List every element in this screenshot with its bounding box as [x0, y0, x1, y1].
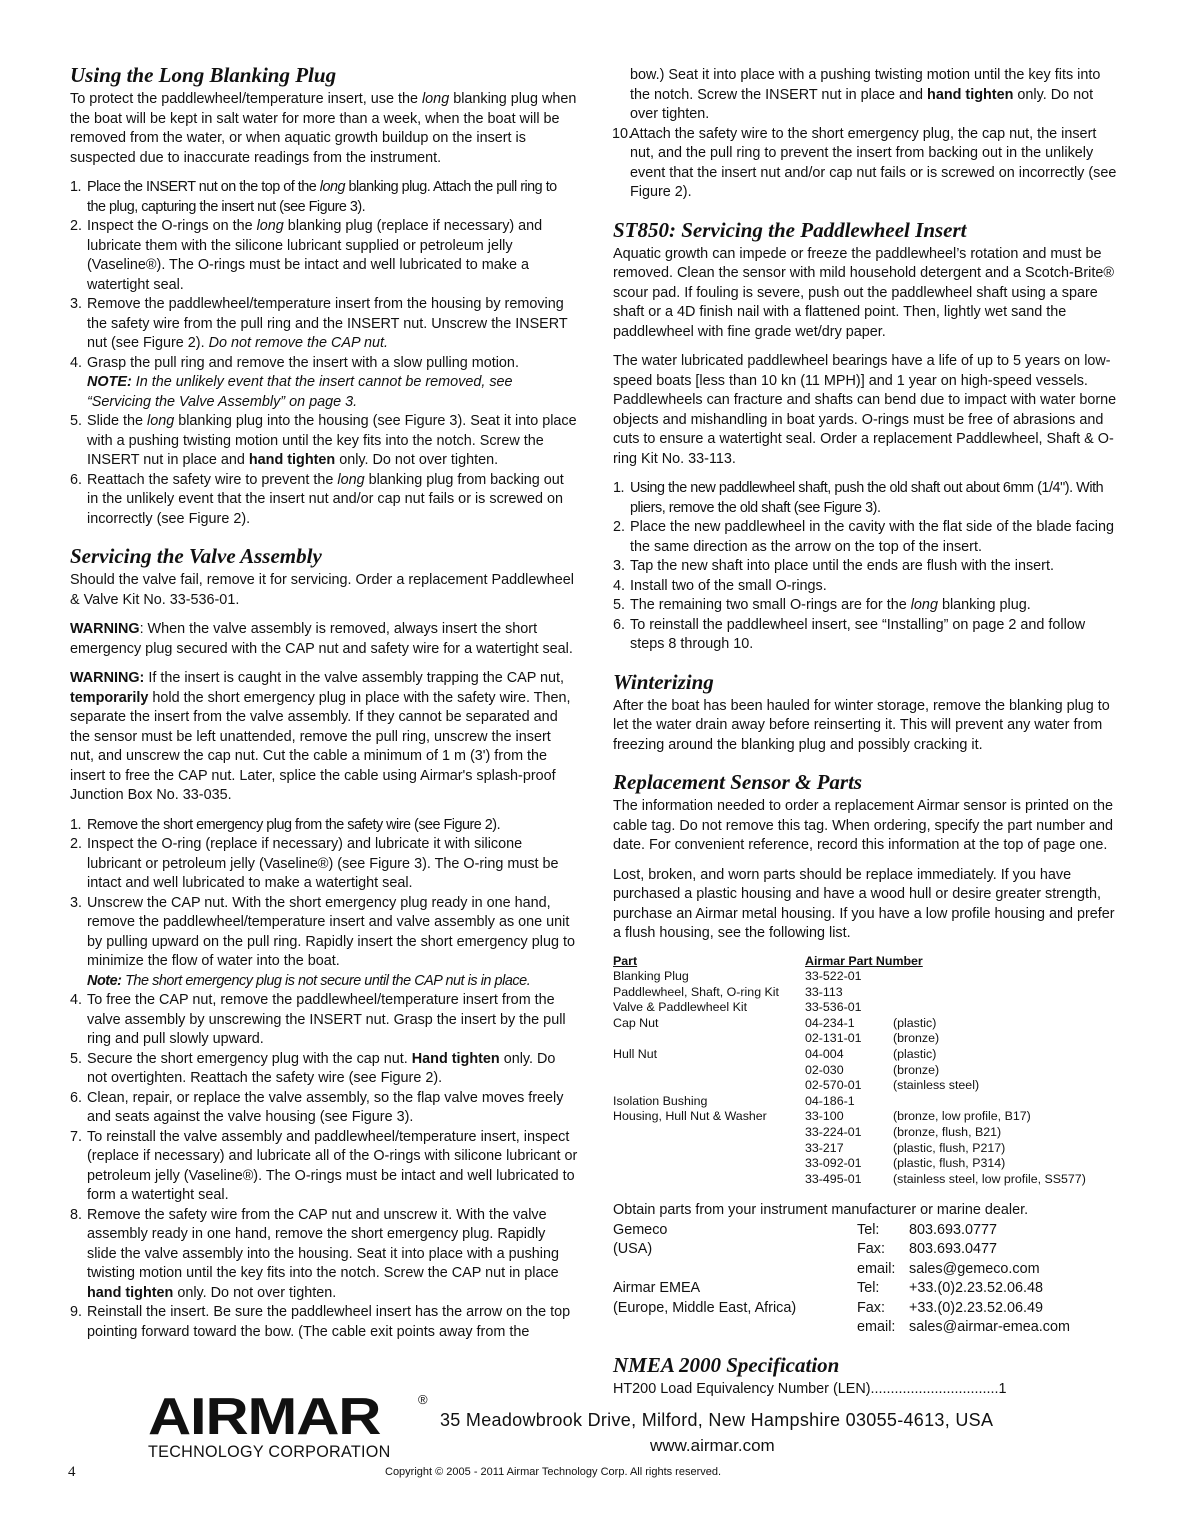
parts-table: Part Airmar Part Number Blanking Plug33-…	[613, 954, 1086, 1188]
part-variant-cell: (bronze, low profile, B17)	[893, 1109, 1086, 1125]
part-name-cell: Cap Nut	[613, 1016, 805, 1032]
section-title: NMEA 2000 Specification	[613, 1352, 1121, 1378]
contact-label: Fax:	[857, 1240, 909, 1260]
contact-row: Airmar EMEATel:+33.(0)2.23.52.06.48	[613, 1279, 1121, 1299]
list-item: 9.Reinstall the insert. Be sure the padd…	[70, 1303, 578, 1342]
part-variant-cell: (bronze)	[893, 1063, 1086, 1079]
paragraph: Lost, broken, and worn parts should be r…	[613, 866, 1121, 944]
table-row: Cap Nut04-234-1(plastic)	[613, 1016, 1086, 1032]
table-row: 02-131-01(bronze)	[613, 1031, 1086, 1047]
contact-value: 803.693.0777	[909, 1221, 997, 1241]
section-replacement-parts: Replacement Sensor & Parts The informati…	[613, 769, 1121, 1338]
steps-list: 1.Place the INSERT nut on the top of the…	[70, 178, 578, 529]
logo-subtitle: TECHNOLOGY CORPORATION	[148, 1442, 391, 1462]
contact-name: Gemeco	[613, 1221, 857, 1241]
part-variant-cell: (plastic)	[893, 1016, 1086, 1032]
contact-label: Tel:	[857, 1221, 909, 1241]
registered-mark: ®	[418, 1392, 428, 1407]
part-variant-cell: (bronze, flush, B21)	[893, 1125, 1086, 1141]
airmar-logo: AIRMAR ® TECHNOLOGY CORPORATION	[148, 1394, 403, 1462]
contact-label: email:	[857, 1318, 909, 1338]
company-address: 35 Meadowbrook Drive, Milford, New Hamps…	[440, 1410, 993, 1431]
part-name-cell: Housing, Hull Nut & Washer	[613, 1109, 805, 1125]
list-item: 1.Remove the short emergency plug from t…	[70, 816, 578, 836]
list-item: 5.Secure the short emergency plug with t…	[70, 1050, 578, 1089]
part-name-cell	[613, 1125, 805, 1141]
list-item: 5.Slide the long blanking plug into the …	[70, 412, 578, 471]
part-number-cell: 33-522-01	[805, 969, 893, 985]
list-item: 4.Grasp the pull ring and remove the ins…	[70, 354, 578, 413]
table-header-row: Part Airmar Part Number	[613, 954, 1086, 970]
list-item: 3.Tap the new shaft into place until the…	[613, 557, 1121, 577]
part-variant-cell: (plastic)	[893, 1047, 1086, 1063]
part-number-cell: 33-495-01	[805, 1172, 893, 1188]
dealer-contacts: Obtain parts from your instrument manufa…	[613, 1201, 1121, 1338]
steps-list: 1.Remove the short emergency plug from t…	[70, 816, 578, 1343]
copyright-notice: Copyright © 2005 - 2011 Airmar Technolog…	[385, 1466, 721, 1478]
warning-paragraph: WARNING: If the insert is caught in the …	[70, 669, 578, 806]
valve-steps-continued: bow.) Seat it into place with a pushing …	[613, 66, 1121, 203]
part-variant-cell: (stainless steel)	[893, 1078, 1086, 1094]
contact-value: +33.(0)2.23.52.06.48	[909, 1279, 1043, 1299]
list-item: 5.The remaining two small O-rings are fo…	[613, 596, 1121, 616]
contact-value: 803.693.0477	[909, 1240, 997, 1260]
part-variant-cell	[893, 969, 1086, 985]
left-column: Using the Long Blanking Plug To protect …	[70, 62, 578, 1356]
steps-list: 1.Using the new paddlewheel shaft, push …	[613, 479, 1121, 655]
obtain-note: Obtain parts from your instrument manufa…	[613, 1201, 1121, 1221]
paragraph: The water lubricated paddlewheel bearing…	[613, 352, 1121, 469]
part-name-cell	[613, 1172, 805, 1188]
section-st850-paddlewheel: ST850: Servicing the Paddlewheel Insert …	[613, 217, 1121, 655]
part-name-cell: Valve & Paddlewheel Kit	[613, 1000, 805, 1016]
list-item: 2.Place the new paddlewheel in the cavit…	[613, 518, 1121, 557]
part-number-cell: 33-224-01	[805, 1125, 893, 1141]
table-row: 33-217(plastic, flush, P217)	[613, 1141, 1086, 1157]
contact-name	[613, 1318, 857, 1338]
list-item: 6.To reinstall the paddlewheel insert, s…	[613, 616, 1121, 655]
contact-name: (Europe, Middle East, Africa)	[613, 1299, 857, 1319]
paragraph: Aquatic growth can impede or freeze the …	[613, 245, 1121, 343]
list-item: bow.) Seat it into place with a pushing …	[613, 66, 1121, 125]
contact-row: GemecoTel:803.693.0777	[613, 1221, 1121, 1241]
part-number-cell: 02-131-01	[805, 1031, 893, 1047]
contact-value[interactable]: sales@airmar-emea.com	[909, 1318, 1070, 1338]
table-row: Valve & Paddlewheel Kit33-536-01	[613, 1000, 1086, 1016]
list-item: 1.Using the new paddlewheel shaft, push …	[613, 479, 1121, 518]
part-variant-cell: (stainless steel, low profile, SS577)	[893, 1172, 1086, 1188]
list-item: 8.Remove the safety wire from the CAP nu…	[70, 1206, 578, 1304]
part-number-cell: 33-113	[805, 985, 893, 1001]
paragraph: The information needed to order a replac…	[613, 797, 1121, 856]
section-title: Replacement Sensor & Parts	[613, 769, 1121, 795]
table-row: Isolation Bushing04-186-1	[613, 1094, 1086, 1110]
part-number-cell: 33-100	[805, 1109, 893, 1125]
list-item: 4.Install two of the small O-rings.	[613, 577, 1121, 597]
table-row: Housing, Hull Nut & Washer33-100(bronze,…	[613, 1109, 1086, 1125]
page-number: 4	[68, 1464, 76, 1481]
section-valve-assembly: Servicing the Valve Assembly Should the …	[70, 543, 578, 1342]
part-name-cell: Paddlewheel, Shaft, O-ring Kit	[613, 985, 805, 1001]
list-item: 10.Attach the safety wire to the short e…	[613, 125, 1121, 203]
part-name-cell	[613, 1031, 805, 1047]
column-header-part: Part	[613, 954, 805, 970]
part-name-cell: Isolation Bushing	[613, 1094, 805, 1110]
part-variant-cell	[893, 1000, 1086, 1016]
contact-row: email:sales@gemeco.com	[613, 1260, 1121, 1280]
table-row: 33-495-01(stainless steel, low profile, …	[613, 1172, 1086, 1188]
part-number-cell: 02-570-01	[805, 1078, 893, 1094]
contact-label: email:	[857, 1260, 909, 1280]
contact-name: (USA)	[613, 1240, 857, 1260]
section-title: Using the Long Blanking Plug	[70, 62, 578, 88]
contact-name	[613, 1260, 857, 1280]
part-name-cell: Hull Nut	[613, 1047, 805, 1063]
list-item: 4.To free the CAP nut, remove the paddle…	[70, 991, 578, 1050]
part-number-cell: 33-217	[805, 1141, 893, 1157]
contact-label: Fax:	[857, 1299, 909, 1319]
section-title: Servicing the Valve Assembly	[70, 543, 578, 569]
intro-paragraph: Should the valve fail, remove it for ser…	[70, 571, 578, 610]
section-winterizing: Winterizing After the boat has been haul…	[613, 669, 1121, 756]
part-name-cell: Blanking Plug	[613, 969, 805, 985]
list-item: 3.Remove the paddlewheel/temperature ins…	[70, 295, 578, 354]
contact-row: email:sales@airmar-emea.com	[613, 1318, 1121, 1338]
section-title: Winterizing	[613, 669, 1121, 695]
steps-list: bow.) Seat it into place with a pushing …	[613, 66, 1121, 203]
section-nmea-2000: NMEA 2000 Specification HT200 Load Equiv…	[613, 1352, 1121, 1400]
list-item: 2.Inspect the O-ring (replace if necessa…	[70, 835, 578, 894]
intro-paragraph: To protect the paddlewheel/temperature i…	[70, 90, 578, 168]
list-item: 6.Clean, repair, or replace the valve as…	[70, 1089, 578, 1128]
part-number-cell: 04-186-1	[805, 1094, 893, 1110]
logo-wordmark: AIRMAR	[148, 1394, 380, 1440]
part-number-cell: 02-030	[805, 1063, 893, 1079]
part-name-cell	[613, 1156, 805, 1172]
part-number-cell: 04-004	[805, 1047, 893, 1063]
table-row: Hull Nut04-004(plastic)	[613, 1047, 1086, 1063]
warning-paragraph: WARNING: When the valve assembly is remo…	[70, 620, 578, 659]
len-spec-line: HT200 Load Equivalency Number (LEN).....…	[613, 1380, 1121, 1400]
section-title: ST850: Servicing the Paddlewheel Insert	[613, 217, 1121, 243]
paragraph: After the boat has been hauled for winte…	[613, 697, 1121, 756]
table-row: Blanking Plug33-522-01	[613, 969, 1086, 985]
list-item: 7.To reinstall the valve assembly and pa…	[70, 1128, 578, 1206]
part-variant-cell	[893, 985, 1086, 1001]
column-header-part-number: Airmar Part Number	[805, 954, 1086, 970]
table-row: 02-570-01(stainless steel)	[613, 1078, 1086, 1094]
contact-name: Airmar EMEA	[613, 1279, 857, 1299]
list-item: 3.Unscrew the CAP nut. With the short em…	[70, 894, 578, 992]
part-name-cell	[613, 1078, 805, 1094]
list-item: 2.Inspect the O-rings on the long blanki…	[70, 217, 578, 295]
contact-row: (Europe, Middle East, Africa)Fax:+33.(0)…	[613, 1299, 1121, 1319]
contact-value: +33.(0)2.23.52.06.49	[909, 1299, 1043, 1319]
part-name-cell	[613, 1063, 805, 1079]
contact-row: (USA)Fax:803.693.0477	[613, 1240, 1121, 1260]
table-row: 02-030(bronze)	[613, 1063, 1086, 1079]
list-item: 1.Place the INSERT nut on the top of the…	[70, 178, 578, 217]
table-row: Paddlewheel, Shaft, O-ring Kit33-113	[613, 985, 1086, 1001]
part-number-cell: 04-234-1	[805, 1016, 893, 1032]
table-row: 33-224-01(bronze, flush, B21)	[613, 1125, 1086, 1141]
part-variant-cell	[893, 1094, 1086, 1110]
part-variant-cell: (plastic, flush, P217)	[893, 1141, 1086, 1157]
contact-value[interactable]: sales@gemeco.com	[909, 1260, 1040, 1280]
contact-label: Tel:	[857, 1279, 909, 1299]
company-website: www.airmar.com	[650, 1436, 775, 1456]
part-variant-cell: (bronze)	[893, 1031, 1086, 1047]
part-number-cell: 33-092-01	[805, 1156, 893, 1172]
table-row: 33-092-01(plastic, flush, P314)	[613, 1156, 1086, 1172]
section-long-blanking-plug: Using the Long Blanking Plug To protect …	[70, 62, 578, 529]
list-item: 6.Reattach the safety wire to prevent th…	[70, 471, 578, 530]
right-column: bow.) Seat it into place with a pushing …	[613, 66, 1121, 1413]
part-name-cell	[613, 1141, 805, 1157]
part-variant-cell: (plastic, flush, P314)	[893, 1156, 1086, 1172]
part-number-cell: 33-536-01	[805, 1000, 893, 1016]
